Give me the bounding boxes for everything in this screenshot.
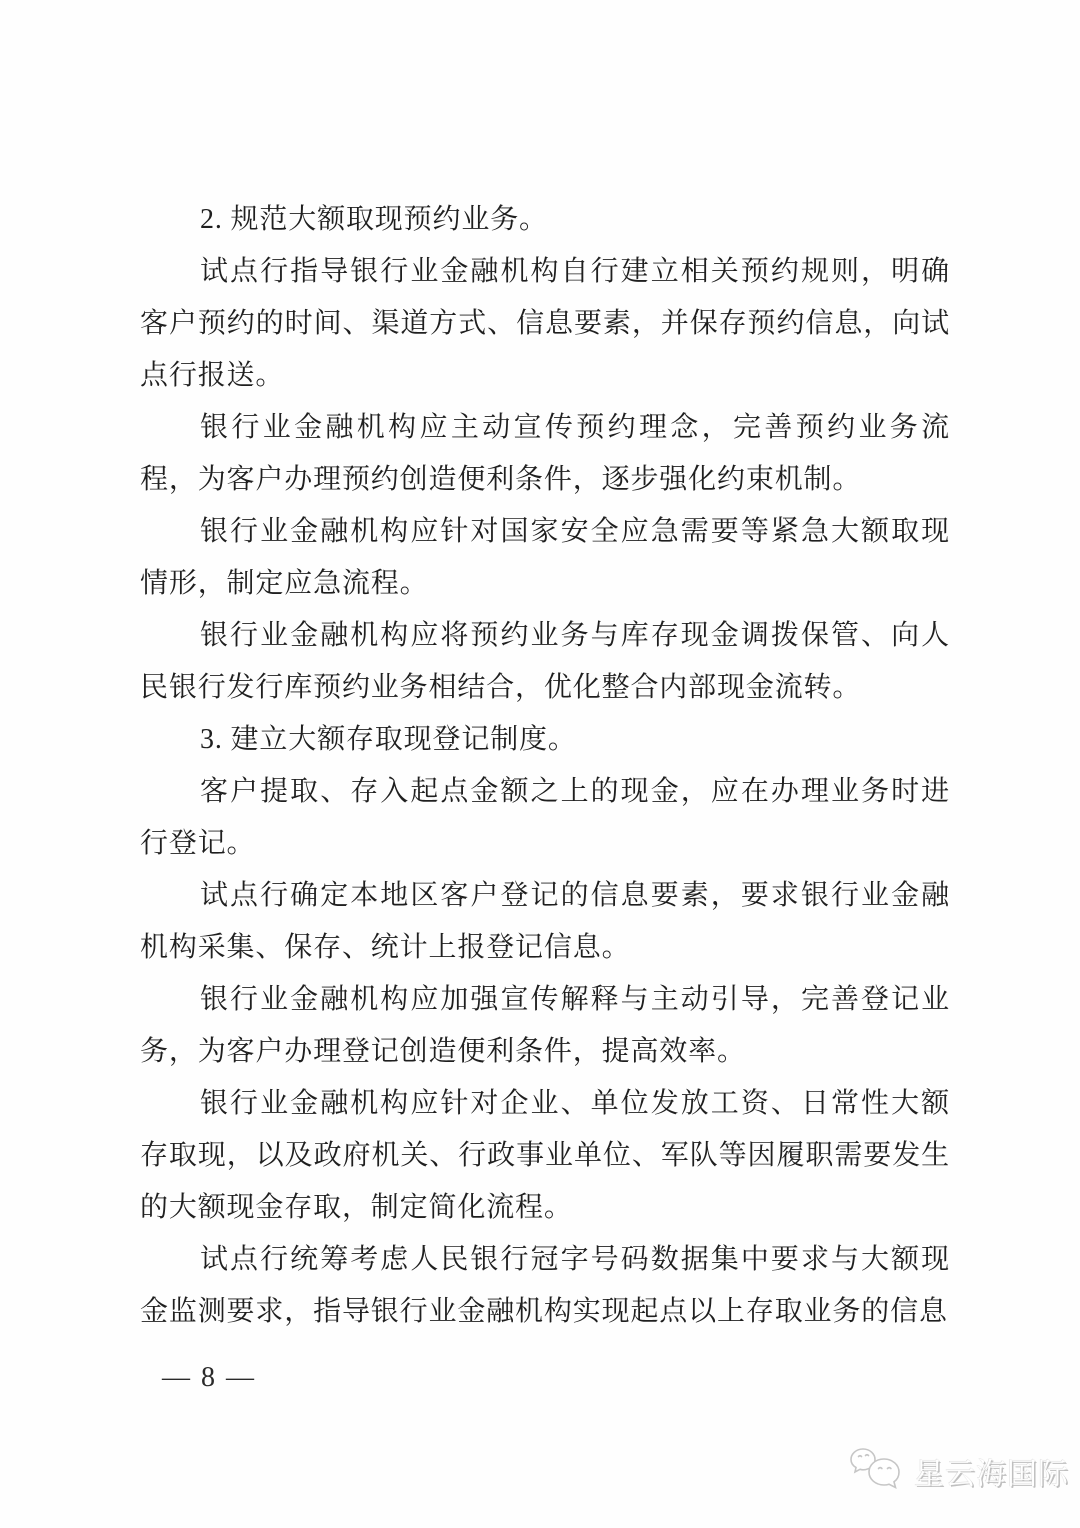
paragraph: 银行业金融机构应加强宣传解释与主动引导，完善登记业务，为客户办理登记创造便利条件… [140,974,950,1078]
paragraph: 客户提取、存入起点金额之上的现金，应在办理业务时进行登记。 [140,766,950,870]
paragraph: 试点行确定本地区客户登记的信息要素，要求银行业金融机构采集、保存、统计上报登记信… [140,870,950,974]
paragraph: 银行业金融机构应针对国家安全应急需要等紧急大额取现情形，制定应急流程。 [140,506,950,610]
wechat-chat-bubbles-icon [848,1446,904,1496]
paragraph: 试点行指导银行业金融机构自行建立相关预约规则，明确客户预约的时间、渠道方式、信息… [140,246,950,402]
paragraph-heading-2: 2. 规范大额取现预约业务。 [140,194,950,246]
brand-watermark: 星云海国际 [848,1446,1069,1496]
paragraph: 试点行统筹考虑人民银行冠字号码数据集中要求与大额现金监测要求，指导银行业金融机构… [140,1234,950,1338]
watermark-label: 星云海国际 [914,1449,1069,1493]
paragraph: 银行业金融机构应将预约业务与库存现金调拨保管、向人民银行发行库预约业务相结合，优… [140,610,950,714]
paragraph: 银行业金融机构应主动宣传预约理念，完善预约业务流程，为客户办理预约创造便利条件，… [140,402,950,506]
document-page: 2. 规范大额取现预约业务。 试点行指导银行业金融机构自行建立相关预约规则，明确… [0,0,1080,1528]
paragraph: 银行业金融机构应针对企业、单位发放工资、日常性大额存取现，以及政府机关、行政事业… [140,1078,950,1234]
paragraph-heading-3: 3. 建立大额存取现登记制度。 [140,714,950,766]
page-number: — 8 — [162,1362,256,1394]
document-body: 2. 规范大额取现预约业务。 试点行指导银行业金融机构自行建立相关预约规则，明确… [140,194,950,1338]
